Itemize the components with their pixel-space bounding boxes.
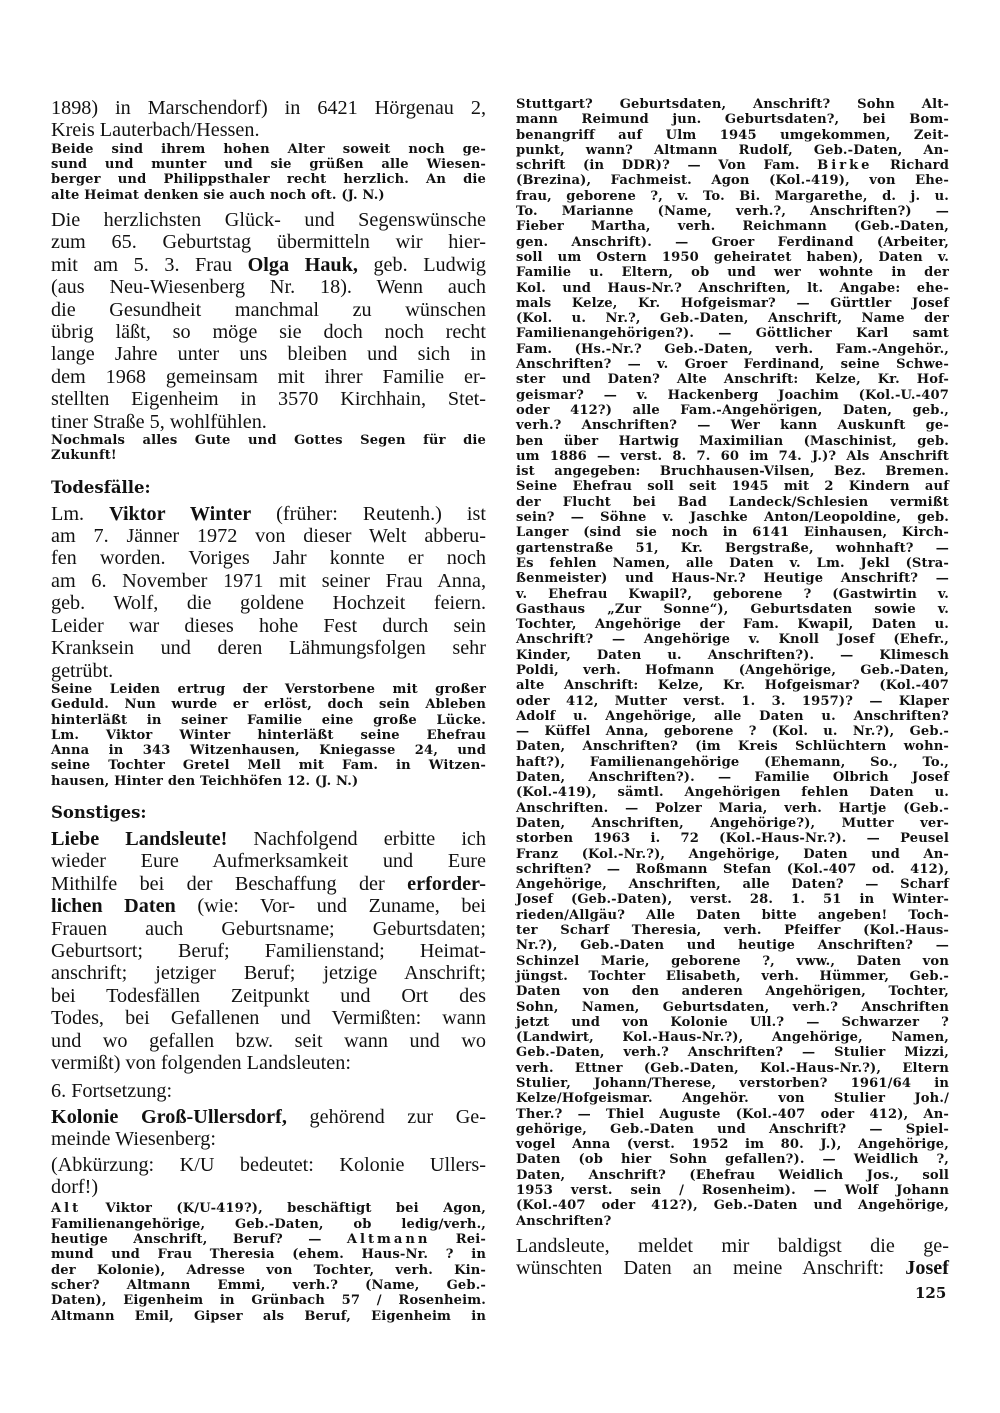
text-fragment: (früher: Reutenh.) ist (251, 503, 486, 525)
text-line: — Küffel Anna, geborene ? (Kol. u. Nr.?)… (516, 724, 949, 739)
text-line: Daten, Anschrift? (Ehefrau Weidlich Jos.… (516, 1168, 949, 1183)
text-line: verh. Ettner (Geb.-Daten, Kol.-Haus-Nr.?… (516, 1061, 949, 1076)
text-line: frau, geborene ?, v. To. Bi. Margarethe,… (516, 189, 949, 204)
text-line: Seine Leiden ertrug der Verstorbene mit … (51, 682, 486, 697)
text-line: oder 412, Mutter verst. 1. 3. 1957)? — K… (516, 694, 949, 709)
text-line: dorf!) (51, 1176, 486, 1198)
text-line: der Flucht bei Bad Landeck/Schlesien ver… (516, 495, 949, 510)
text-line: Sohn, Namen, Geburtsdaten, verh.? Anschr… (516, 1000, 949, 1015)
text-line: Kreis Lauterbach/Hessen. (51, 119, 486, 141)
text-line: wünschten Daten an meine Anschrift: Jose… (516, 1257, 949, 1279)
text-line: verh.? Anschriften? — Wer kann Auskunft … (516, 418, 949, 433)
text-line: anschrift; jetziger Beruf; jetzige Ansch… (51, 962, 486, 984)
continuation-label: 6. Fortsetzung: (51, 1080, 486, 1102)
text-line: v. Ehefrau Kwapil?, geborene ? (Gastwirt… (516, 587, 949, 602)
text-line: soll um Ostern 1950 geheiratet haben), D… (516, 250, 949, 265)
text-line: Seine Ehefrau soll seit 1945 mit 2 Kinde… (516, 479, 949, 494)
text-fragment: heutige Anschrift, Beruf? — (51, 1232, 347, 1247)
text-fragment: Nachfolgend erbitte ich (227, 828, 486, 850)
text-line: sein? — Söhne v. Jaschke Anton/Leopoldin… (516, 510, 949, 525)
text-line: Todes, bei Gefallenen und Vermißten: wan… (51, 1007, 486, 1029)
text-line: (Abkürzung: K/U bedeutet: Kolonie Ullers… (51, 1154, 486, 1176)
text-line: lichen Daten (wie: Vor- und Zuname, bei (51, 895, 486, 917)
text-line: der Kolonie), Adresse von Tochter, verh.… (51, 1263, 486, 1278)
text-line: vermißt) von folgenden Landsleuten: (51, 1052, 486, 1074)
text-line: jüngst. Tochter Elisabeth, verh. Hümmer,… (516, 969, 949, 984)
page-number: 125 (915, 1284, 946, 1302)
text-line: vogel Anna (verst. 1952 im 80. J.), Ange… (516, 1137, 949, 1152)
section-heading-misc: Sonstiges: (51, 803, 486, 822)
text-line: 1953 verst. sein / Rosenheim). — Wolf Jo… (516, 1183, 949, 1198)
text-line: fen worden. Voriges Jahr konnte er noch (51, 547, 486, 569)
text-line: hinterläßt in seiner Familie eine große … (51, 713, 486, 728)
text-line: Nr.?), Geb.-Daten und heutige Anschrifte… (516, 938, 949, 953)
text-line: Beide sind ihrem hohen Alter soweit noch… (51, 142, 486, 157)
text-line: um 1886 — verst. 8. 7. 60 im 74. J.)? Al… (516, 449, 949, 464)
text-line: Anschriften? (516, 1214, 949, 1229)
text-line: ßenmeister) und Haus-Nr.? Heutige Anschr… (516, 571, 949, 586)
text-line: Daten, Anschriften? (im Kreis Schlüchter… (516, 739, 949, 754)
text-line: Daten (ob hier Sohn gefallen?). — Weidli… (516, 1152, 949, 1167)
text-line: alte Heimat denken sie auch noch oft. (J… (51, 188, 486, 203)
text-fragment: schrift (in DDR)? — Von Fam. (516, 158, 817, 173)
text-line: gehörige, Geb.-Daten und Anschrift? — Sp… (516, 1122, 949, 1137)
text-line: Die herzlichsten Glück- und Segenswünsch… (51, 209, 486, 231)
text-line: sund und munter und sie grüßen alle Wies… (51, 157, 486, 172)
birthday-paragraph: Die herzlichsten Glück- und Segenswünsch… (51, 209, 486, 433)
text-line: Langer (sind sie noch in 6141 Einhausen,… (516, 525, 949, 540)
text-line: Familienangehörige, Geb.-Daten, ob ledig… (51, 1217, 486, 1232)
text-line: Daten), Eigenheim in Grünbach 57 / Rosen… (51, 1293, 486, 1308)
text-line: meinde Wiesenberg: (51, 1128, 486, 1150)
appeal-salutation: Liebe Landsleute! (51, 828, 227, 850)
text-line: Altmann Emil, Gipser als Beruf, Eigenhei… (51, 1309, 486, 1324)
text-line: übrig läßt, so möge sie doch noch recht (51, 321, 486, 343)
text-line: Daten von den anderen Angehörigen, Tocht… (516, 984, 949, 999)
text-line: Stuttgart? Geburtsdaten, Anschrift? Sohn… (516, 97, 949, 112)
text-line: seine Tochter Gretel Mell mit Fam. in Wi… (51, 758, 486, 773)
text-line: schrift (in DDR)? — Von Fam. Birke Richa… (516, 158, 949, 173)
person-name: Altmann (347, 1232, 431, 1247)
text-line: scher? Altmann Emmi, verh.? (Name, Geb.- (51, 1278, 486, 1293)
text-line: Es fehlen Namen, alle Daten v. Lm. Jekl … (516, 556, 949, 571)
text-line: Familienangehörigen?). — Göttlicher Karl… (516, 326, 949, 341)
text-line: Kolonie Groß-Ullersdorf, gehörend zur Ge… (51, 1106, 486, 1128)
text-line: Anschrift? — Angehörige v. Knoll Josef (… (516, 632, 949, 647)
text-line: Stulier, Johann/Therese, verstorben? 196… (516, 1076, 949, 1091)
text-line: dem 1968 gemeinsam mit ihrer Familie er- (51, 366, 486, 388)
text-line: schriften? — Roßmann Stefan (Kol.-407 od… (516, 862, 949, 877)
text-line: benangriff auf Ulm 1945 umgekommen, Zeit… (516, 128, 949, 143)
obituary-paragraph: Lm. Viktor Winter (früher: Reutenh.) ist… (51, 503, 486, 682)
text-line: am 6. November 1971 mit seiner Frau Anna… (51, 570, 486, 592)
text-line: Nochmals alles Gute und Gottes Segen für… (51, 433, 486, 448)
text-line: lange Jahre unter uns bleiben und sich i… (51, 343, 486, 365)
text-line: jetzt und von Kolonie Ull.? — Schwarzer … (516, 1015, 949, 1030)
person-name: Olga Hauk, (248, 254, 358, 276)
left-column: 1898) in Marschendorf) in 6421 Hörgenau … (51, 97, 486, 1324)
emphasis: lichen Daten (51, 895, 176, 917)
text-fragment: Rei- (430, 1232, 486, 1247)
text-line: Anschriften. — Polzer Maria, verh. Hartj… (516, 801, 949, 816)
text-line: Kinder, Daten u. Anschriften?). — Klimes… (516, 648, 949, 663)
text-line: Anna in 343 Witzenhausen, Kniegasse 24, … (51, 743, 486, 758)
text-line: mit am 5. 3. Frau Olga Hauk, geb. Ludwig (51, 254, 486, 276)
text-line: Familie u. Eltern, ob und wer wohnte in … (516, 265, 949, 280)
right-column: Stuttgart? Geburtsdaten, Anschrift? Sohn… (516, 97, 949, 1280)
text-line: gartenstraße 51, Kr. Bergstraße, wohnhaf… (516, 541, 949, 556)
text-line: mund und Frau Theresia (ehem. Haus-Nr. ?… (51, 1247, 486, 1262)
text-line: gen. Anschrift). — Groer Ferdinand (Arbe… (516, 235, 949, 250)
text-line: (Brezina), Fachmeist. Agon (Kol.-419), v… (516, 173, 949, 188)
text-line: wieder Eure Aufmerksamkeit und Eure (51, 850, 486, 872)
greeting-note: Beide sind ihrem hohen Alter soweit noch… (51, 142, 486, 203)
text-line: Daten, Anschriften?). — Familie Olbrich … (516, 770, 949, 785)
text-fragment: Lm. (51, 503, 109, 525)
text-line: To. Marianne (Name, verh.?, Anschriften?… (516, 204, 949, 219)
text-line: Lm. Viktor Winter (früher: Reutenh.) ist (51, 503, 486, 525)
text-line: und wo gefallen bzw. seit wann und wo (51, 1030, 486, 1052)
text-line: ben über Hartwig Maximilian (Maschinist,… (516, 434, 949, 449)
text-line: 1898) in Marschendorf) in 6421 Hörgenau … (51, 97, 486, 119)
text-line: Angehörige, Anschriften, alle Daten? — S… (516, 877, 949, 892)
text-line: Kelze/Hofgeismar. Angehör. von Stulier J… (516, 1091, 949, 1106)
text-fragment: wünschten Daten an meine Anschrift: (516, 1257, 905, 1279)
text-fragment: Viktor (K/U-419?), beschäftigt bei Agon, (81, 1201, 486, 1216)
text-line: oder 412?) alle Fam.-Angehörigen, Daten,… (516, 403, 949, 418)
text-fragment: gehörend zur Ge- (287, 1106, 486, 1128)
text-line: Zukunft! (51, 448, 486, 463)
appeal-paragraph: Liebe Landsleute! Nachfolgend erbitte ic… (51, 828, 486, 1074)
search-list-start: Alt Viktor (K/U-419?), beschäftigt bei A… (51, 1201, 486, 1323)
text-line: tiner Straße 5, wohlfühlen. (51, 411, 486, 433)
text-line: die Gesundheit manchmal zu wünschen (51, 299, 486, 321)
text-line: zum 65. Geburtstag übermitteln wir hier- (51, 231, 486, 253)
text-line: (Landwirt, Kol.-Haus-Nr.?), Angehörige, … (516, 1030, 949, 1045)
text-line: Mithilfe bei der Beschaffung der erforde… (51, 873, 486, 895)
abbreviation-note: (Abkürzung: K/U bedeutet: Kolonie Ullers… (51, 1154, 486, 1199)
address-paragraph: 1898) in Marschendorf) in 6421 Hörgenau … (51, 97, 486, 142)
text-line: Tochter, Angehörige der Fam. Kwapil, Dat… (516, 617, 949, 632)
text-line: Fieber Martha, verh. Reichmann (Geb.-Dat… (516, 219, 949, 234)
person-name: Viktor Winter (109, 503, 251, 525)
text-line: Frauen auch Geburtsname; Geburtsdaten; (51, 918, 486, 940)
text-line: mann Reimund jun. Geburtsdaten?, bei Bom… (516, 112, 949, 127)
text-line: Geduld. Nun wurde er erlöst, doch sein A… (51, 697, 486, 712)
text-line: (Kol.-407 oder 412?), Geb.-Daten und Ang… (516, 1198, 949, 1213)
text-line: stellten Eigenheim in 3570 Kirchhain, St… (51, 388, 486, 410)
colony-paragraph: Kolonie Groß-Ullersdorf, gehörend zur Ge… (51, 1106, 486, 1151)
text-line: hausen, Hinter den Teichhöfen 12. (J. N.… (51, 774, 486, 789)
text-line: geismar? — v. Hackenberg Joachim (Kol.-U… (516, 388, 949, 403)
text-line: berger und Philippsthaler recht herzlich… (51, 172, 486, 187)
section-heading-deaths: Todesfälle: (51, 478, 486, 497)
text-line: Gasthaus „Zur Sonne“), Geburtsdaten sowi… (516, 602, 949, 617)
text-line: Adolf u. Angehörige, alle Daten u. Ansch… (516, 709, 949, 724)
text-line: ster und Daten? Alte Anschrift: Kelze, K… (516, 372, 949, 387)
obituary-note: Seine Leiden ertrug der Verstorbene mit … (51, 682, 486, 789)
text-line: storben 1963 i. 72 (Kol.-Haus-Nr.?). — P… (516, 831, 949, 846)
text-fragment: Mithilfe bei der Beschaffung der (51, 873, 407, 895)
text-line: Liebe Landsleute! Nachfolgend erbitte ic… (51, 828, 486, 850)
text-line: ter Scharf Theresia, verh. Pfeiffer (Kol… (516, 923, 949, 938)
text-line: (Kol. u. Nr.?, Geb.-Daten, Anschrift, Na… (516, 311, 949, 326)
text-line: Daten, Anschriften, Angehörige?), Mutter… (516, 816, 949, 831)
text-fragment: geb. Ludwig (358, 254, 486, 276)
text-line: am 7. Jänner 1972 von dieser Welt abberu… (51, 525, 486, 547)
text-line: geb. Wolf, die goldene Hochzeit feiern. (51, 592, 486, 614)
text-line: rieden/Allgäu? Alle Daten bitte angeben!… (516, 908, 949, 923)
search-list-continued: Stuttgart? Geburtsdaten, Anschrift? Sohn… (516, 97, 949, 1229)
text-line: haft?), Familienangehörige (Ehemann, So.… (516, 755, 949, 770)
text-line: Kol. und Haus-Nr.? Anschriften, lt. Anga… (516, 281, 949, 296)
text-line: Lm. Viktor Winter hinterläßt seine Ehefr… (51, 728, 486, 743)
text-line: Josef (Geb.-Daten), verst. 28. 1. 51 in … (516, 892, 949, 907)
text-line: Alt Viktor (K/U-419?), beschäftigt bei A… (51, 1201, 486, 1216)
person-name: Alt (51, 1201, 81, 1216)
text-line: Ther.? — Thiel Auguste (Kol.-407 oder 41… (516, 1107, 949, 1122)
text-line: alte Anschrift: Kelze, Kr. Hofgeismar? (… (516, 678, 949, 693)
text-line: mals Kelze, Kr. Hofgeismar? — Gürttler J… (516, 296, 949, 311)
text-line: (aus Neu-Wiesenberg Nr. 18). Wenn auch (51, 276, 486, 298)
emphasis: erforder- (407, 873, 486, 895)
text-fragment: (wie: Vor- und Zuname, bei (176, 895, 486, 917)
text-line: punkt, wann? Altmann Rudolf, Geb.-Daten,… (516, 143, 949, 158)
text-line: getrübt. (51, 660, 486, 682)
text-line: (Kol.-419), sämtl. Angehörigen fehlen Da… (516, 785, 949, 800)
text-line: bei Todesfällen Zeitpunkt und Ort des (51, 985, 486, 1007)
text-line: Schinzel Marie, geborene ?, vww., Daten … (516, 954, 949, 969)
text-fragment: mit am 5. 3. Frau (51, 254, 248, 276)
text-line: Landsleute, meldet mir baldigst die ge- (516, 1235, 949, 1257)
colony-name: Kolonie Groß-Ullersdorf, (51, 1106, 287, 1128)
text-line: Fam. (Hs.-Nr.? Geb.-Daten, verh. Fam.-An… (516, 342, 949, 357)
text-line: Geb.-Daten, verh.? Anschriften? — Stulie… (516, 1045, 949, 1060)
text-line: heutige Anschrift, Beruf? — Altmann Rei- (51, 1232, 486, 1247)
person-name: Josef (905, 1257, 949, 1279)
text-line: Franz (Kol.-Nr.?), Angehörige, Daten und… (516, 847, 949, 862)
closing-paragraph: Landsleute, meldet mir baldigst die ge- … (516, 1235, 949, 1280)
text-line: ist angegeben: Bruchhausen-Vilsen, Bez. … (516, 464, 949, 479)
text-line: Leider war dieses hohe Fest durch sein (51, 615, 486, 637)
text-line: Kranksein und deren Lähmungsfolgen sehr (51, 637, 486, 659)
text-line: Poldi, verh. Hofmann (Angehörige, Geb.-D… (516, 663, 949, 678)
blessing-note: Nochmals alles Gute und Gottes Segen für… (51, 433, 486, 464)
text-line: Geburtsort; Beruf; Familienstand; Heimat… (51, 940, 486, 962)
text-line: Anschriften? — v. Groer Ferdinand, seine… (516, 357, 949, 372)
person-name: Birke (817, 158, 872, 173)
text-fragment: Richard (873, 158, 950, 173)
newsletter-page: 1898) in Marschendorf) in 6421 Hörgenau … (0, 0, 1000, 1413)
